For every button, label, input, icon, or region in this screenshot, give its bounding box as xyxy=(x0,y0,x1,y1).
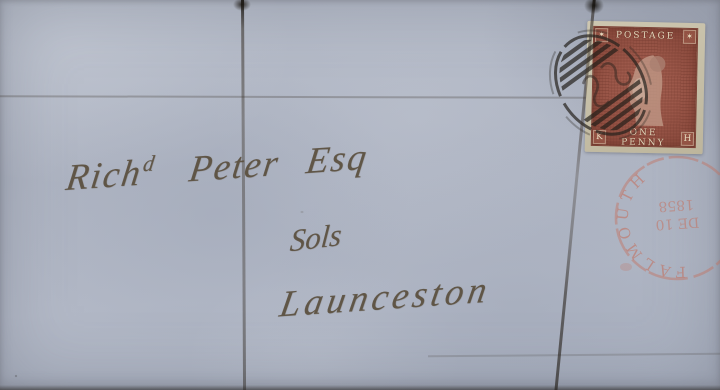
datestamp-year-text: 1858 xyxy=(658,196,695,214)
recipient-first-name: Rich xyxy=(63,152,144,199)
crease-ink-blot-right xyxy=(584,0,604,14)
address-line-recipient: Richd Peter Esq xyxy=(63,135,371,200)
horizontal-fold-crease xyxy=(0,95,590,98)
recipient-surname-title: Peter Esq xyxy=(187,137,371,191)
bottom-edge-shadow xyxy=(0,385,720,390)
crease-ink-blot-left xyxy=(233,0,251,11)
cancel-outer-worn-ring xyxy=(533,13,673,160)
horizontal-fold-crease-lower xyxy=(428,353,720,358)
barred-oval-cancel xyxy=(533,13,693,163)
postal-cover-photo: Richd Peter Esq Sols Launceston FALMOUTH… xyxy=(0,0,720,390)
address-line-town: Launceston xyxy=(276,268,494,326)
cancel-oval-outline xyxy=(537,18,666,152)
datestamp-smudge xyxy=(620,263,632,271)
falmouth-datestamp: FALMOUTH DE 10 1858 xyxy=(598,143,720,293)
datestamp-date-text: DE 10 xyxy=(655,213,700,232)
cancel-bars xyxy=(535,20,668,150)
address-line-occupation: Sols xyxy=(289,217,344,260)
recipient-superscript: d xyxy=(142,150,157,176)
vertical-fold-crease-left xyxy=(241,0,246,390)
